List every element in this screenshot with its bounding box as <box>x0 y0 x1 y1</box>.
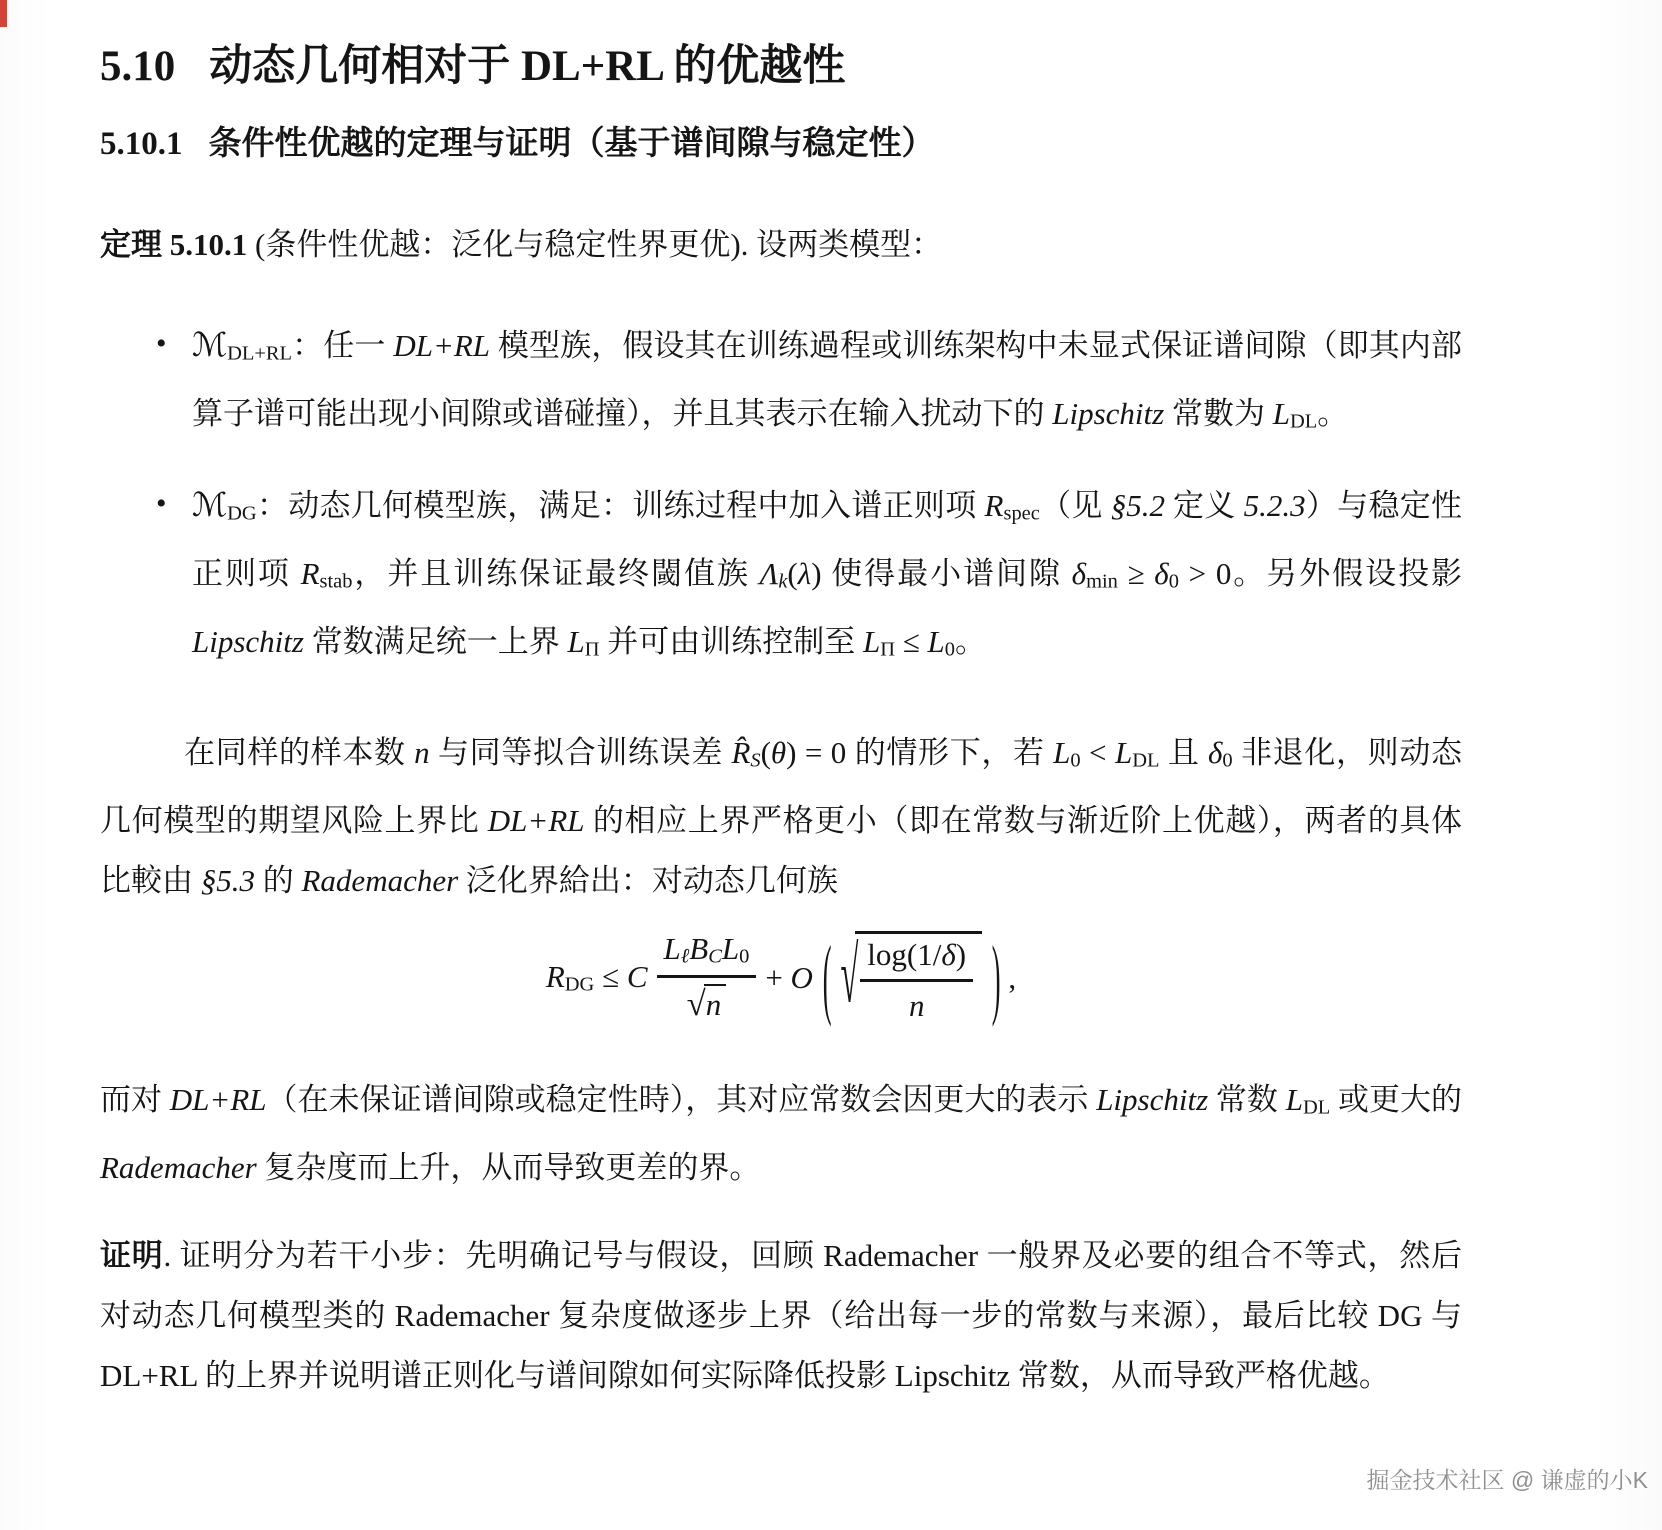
theorem-lead: 设两类模型： <box>748 227 942 262</box>
section-number: 5.10 <box>100 43 175 90</box>
subsection-title: 条件性优越的定理与证明（基于谱间隙与稳定性） <box>209 126 935 162</box>
theorem-statement-intro: 定理 5.10.1 (条件性优越：泛化与稳定性界更优). 设两类模型： <box>100 215 1462 275</box>
sqrt-denominator: n <box>860 982 973 1024</box>
fraction-numerator: LℓBCL0 <box>657 931 757 978</box>
open-paren: ( <box>823 926 832 1029</box>
section-title: 动态几何相对于 DL+RL 的优越性 <box>209 43 845 90</box>
main-fraction: LℓBCL0 √n <box>657 931 757 1024</box>
radical-icon: √ <box>841 930 859 1021</box>
equation-line: RDG ≤ C LℓBCL0 √n + O ( √ log(1/δ) n ) , <box>546 931 1016 1024</box>
square-root: √ log(1/δ) n <box>841 931 982 1023</box>
left-edge-red-mark <box>0 0 7 27</box>
list-item-dg-model: ℳDG：动态几何模型族，满足：训练过程中加入谱正则项 Rspec（见 §5.2 … <box>100 475 1462 679</box>
close-paren: ) <box>992 926 1001 1029</box>
model-definition-list: ℳDL+RL：任一 DL+RL 模型族，假设其在训练過程或训练架构中未显式保证谱… <box>100 315 1462 679</box>
sqrt-fraction: log(1/δ) n <box>860 937 973 1023</box>
theorem-qualifier: (条件性优越：泛化与稳定性界更优). <box>247 227 748 262</box>
display-equation: RDG ≤ C LℓBCL0 √n + O ( √ log(1/δ) n ) , <box>100 931 1462 1024</box>
sqrt-numerator: log(1/δ) <box>860 937 973 982</box>
theorem-label: 定理 5.10.1 <box>100 227 247 262</box>
paper-page: 5.10动态几何相对于 DL+RL 的优越性 5.10.1条件性优越的定理与证明… <box>0 0 1662 1530</box>
comparison-paragraph: 在同样的样本数 n 与同等拟合训练误差 R̂S(θ) = 0 的情形下，若 L0… <box>100 723 1462 911</box>
subsection-number: 5.10.1 <box>100 126 183 162</box>
watermark: 掘金技术社区 @ 谦虚的小K <box>1367 1462 1648 1495</box>
fraction-denominator: √n <box>657 978 757 1024</box>
list-item-dlrl-model: ℳDL+RL：任一 DL+RL 模型族，假设其在训练過程或训练架构中未显式保证谱… <box>100 315 1462 451</box>
section-heading: 5.10动态几何相对于 DL+RL 的优越性 <box>100 42 1462 91</box>
proof-paragraph: 证明. 证明分为若干小步：先明确记号与假设，回顾 Rademacher 一般界及… <box>100 1226 1462 1406</box>
plus-big-o-term: + O <box>765 960 813 996</box>
subsection-heading: 5.10.1条件性优越的定理与证明（基于谱间隙与稳定性） <box>100 125 1462 165</box>
equation-lhs: RDG ≤ C <box>546 959 648 997</box>
equation-trailing-comma: , <box>1008 960 1016 996</box>
dlrl-bound-paragraph: 而对 DL+RL（在未保证谱间隙或稳定性時），其对应常数会因更大的表示 Lips… <box>100 1070 1462 1198</box>
radicand: log(1/δ) n <box>855 931 982 1023</box>
